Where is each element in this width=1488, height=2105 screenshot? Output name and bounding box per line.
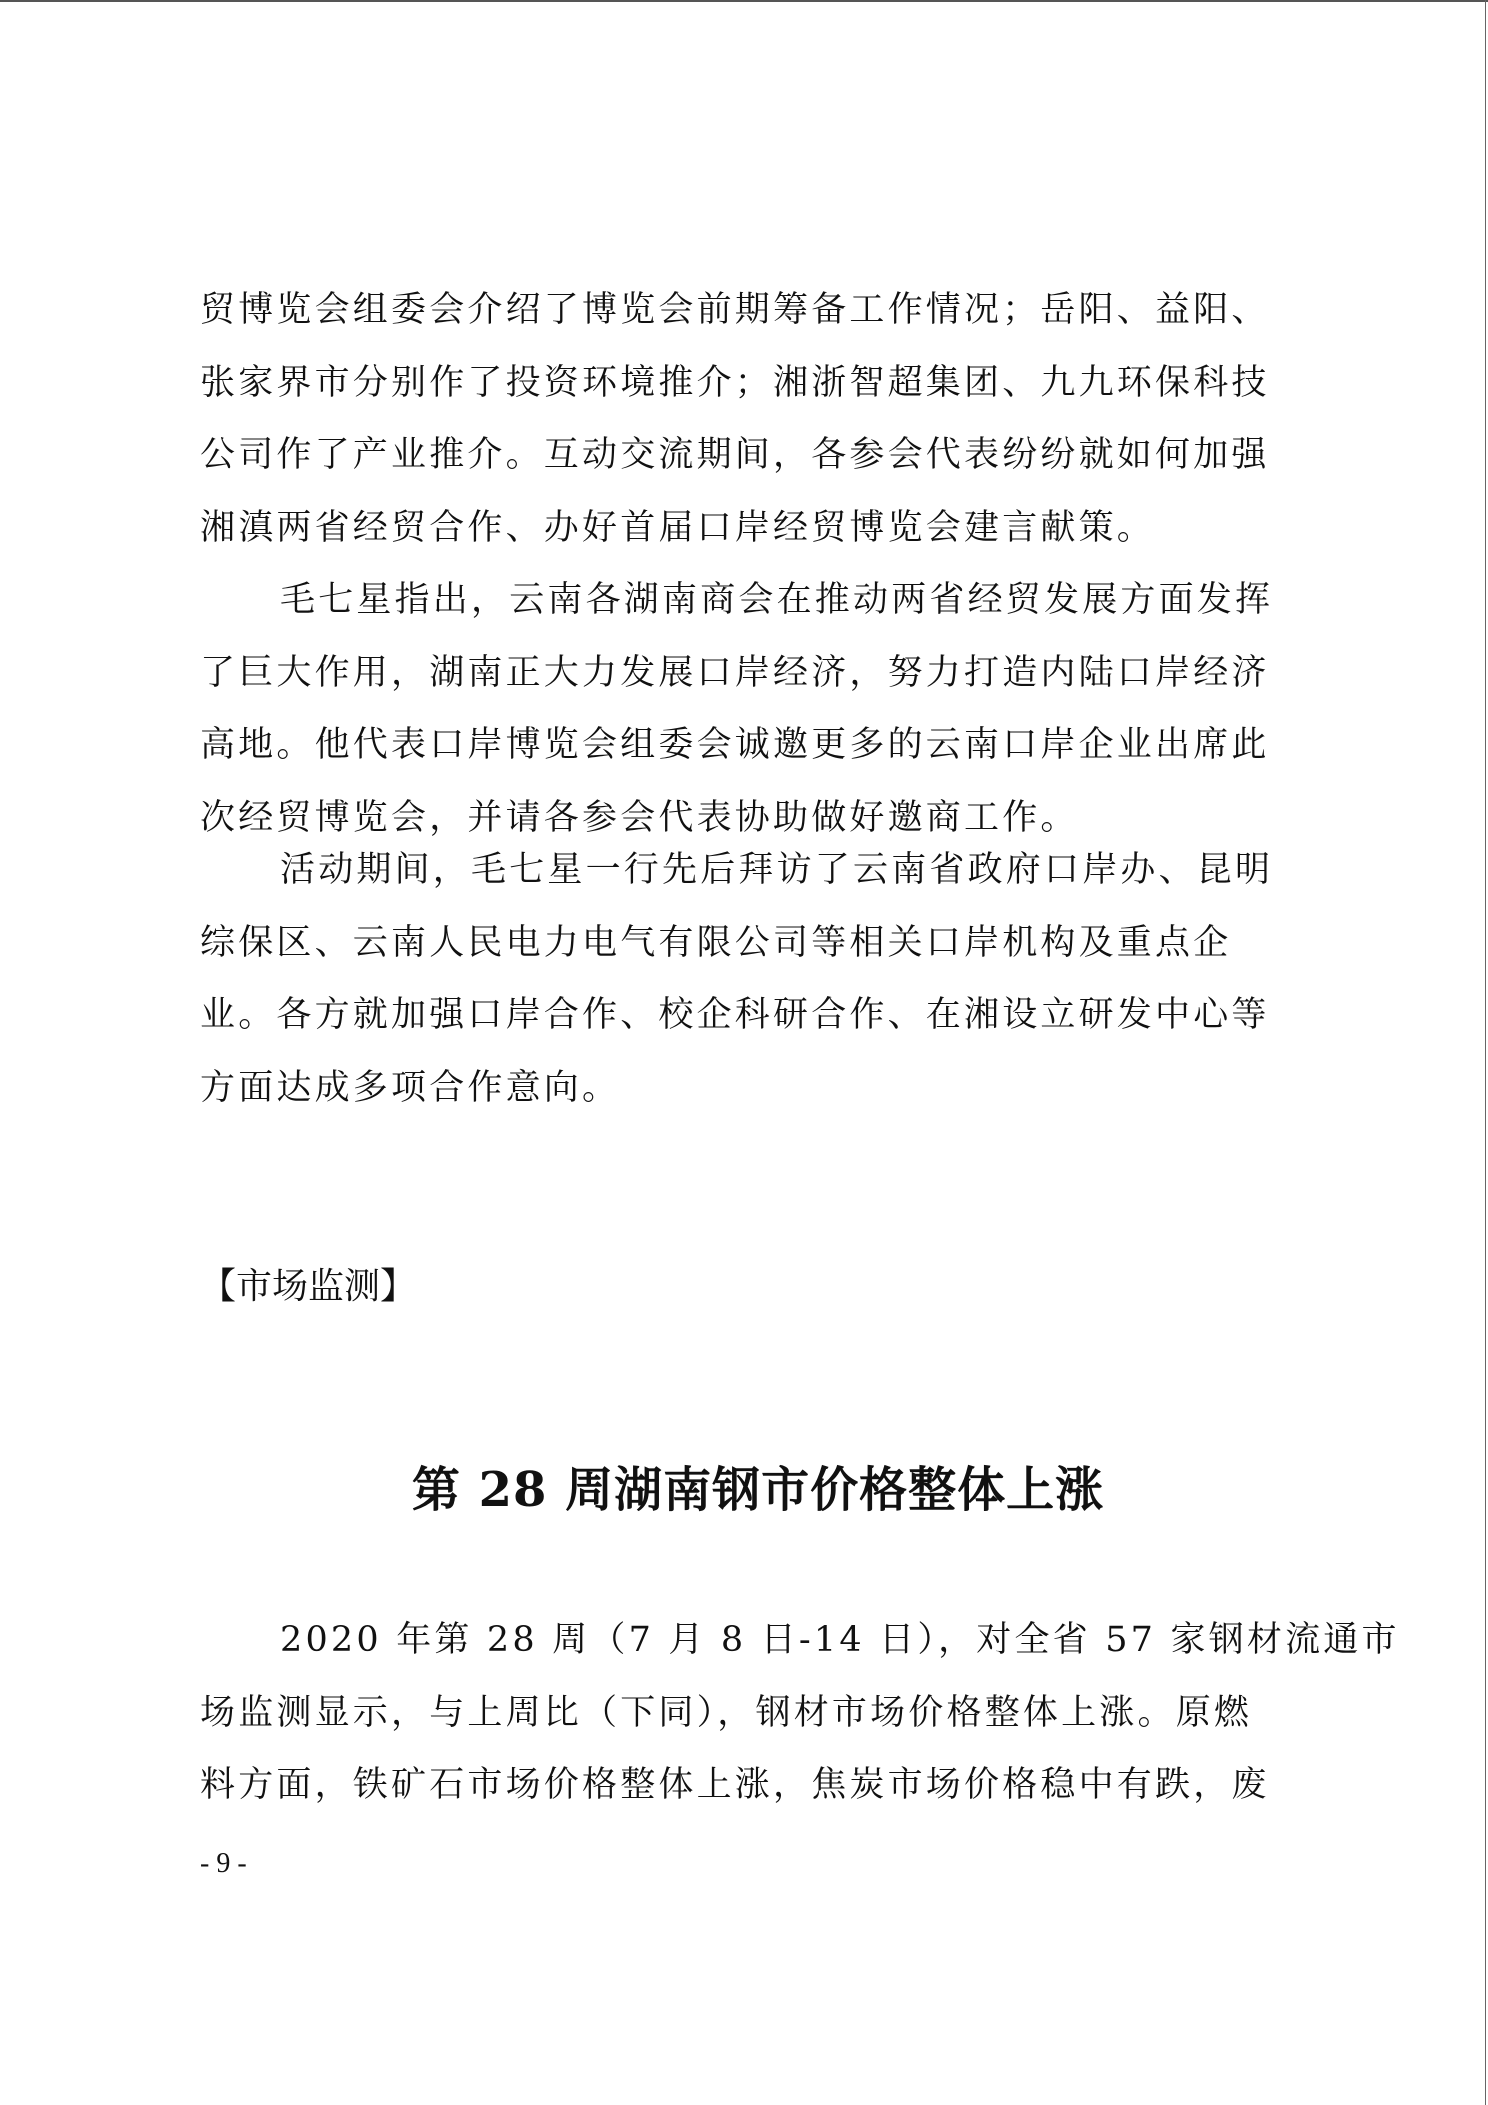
page-number: - 9 - xyxy=(200,1846,247,1882)
text-line: 活动期间，毛七星一行先后拜访了云南省政府口岸办、昆明 xyxy=(200,834,1306,907)
text-line: 场监测显示，与上周比（下同），钢材市场价格整体上涨。原燃 xyxy=(200,1677,1306,1750)
page-right-border xyxy=(1485,0,1486,2105)
page-top-border xyxy=(0,0,1488,2)
text-line: 贸博览会组委会介绍了博览会前期筹备工作情况；岳阳、益阳、 xyxy=(200,274,1306,347)
text-line: 公司作了产业推介。互动交流期间，各参会代表纷纷就如何加强 xyxy=(200,419,1306,492)
paragraph-visit-activities: 活动期间，毛七星一行先后拜访了云南省政府口岸办、昆明 综保区、云南人民电力电气有… xyxy=(200,834,1306,1124)
text-line: 湘滇两省经贸合作、办好首届口岸经贸博览会建言献策。 xyxy=(200,492,1306,565)
text-line: 张家界市分别作了投资环境推介；湘浙智超集团、九九环保科技 xyxy=(200,347,1306,420)
article-title: 第 28 周湖南钢市价格整体上涨 xyxy=(200,1458,1306,1522)
paragraph-mao-qixing-remarks: 毛七星指出，云南各湖南商会在推动两省经贸发展方面发挥 了巨大作用，湖南正大力发展… xyxy=(200,564,1306,854)
continuation-paragraph: 贸博览会组委会介绍了博览会前期筹备工作情况；岳阳、益阳、 张家界市分别作了投资环… xyxy=(200,274,1306,564)
text-line: 毛七星指出，云南各湖南商会在推动两省经贸发展方面发挥 xyxy=(200,564,1306,637)
text-line: 了巨大作用，湖南正大力发展口岸经济，努力打造内陆口岸经济 xyxy=(200,637,1306,710)
text-line: 2020 年第 28 周（7 月 8 日-14 日），对全省 57 家钢材流通市 xyxy=(200,1604,1306,1677)
section-tag-market-monitoring: 【市场监测】 xyxy=(200,1262,416,1312)
article-paragraph-steel-prices: 2020 年第 28 周（7 月 8 日-14 日），对全省 57 家钢材流通市… xyxy=(200,1604,1306,1822)
text-line: 业。各方就加强口岸合作、校企科研合作、在湘设立研发中心等 xyxy=(200,979,1306,1052)
text-line: 综保区、云南人民电力电气有限公司等相关口岸机构及重点企 xyxy=(200,907,1306,980)
text-line: 方面达成多项合作意向。 xyxy=(200,1052,1306,1125)
text-line: 料方面，铁矿石市场价格整体上涨，焦炭市场价格稳中有跌，废 xyxy=(200,1749,1306,1822)
text-line: 高地。他代表口岸博览会组委会诚邀更多的云南口岸企业出席此 xyxy=(200,709,1306,782)
